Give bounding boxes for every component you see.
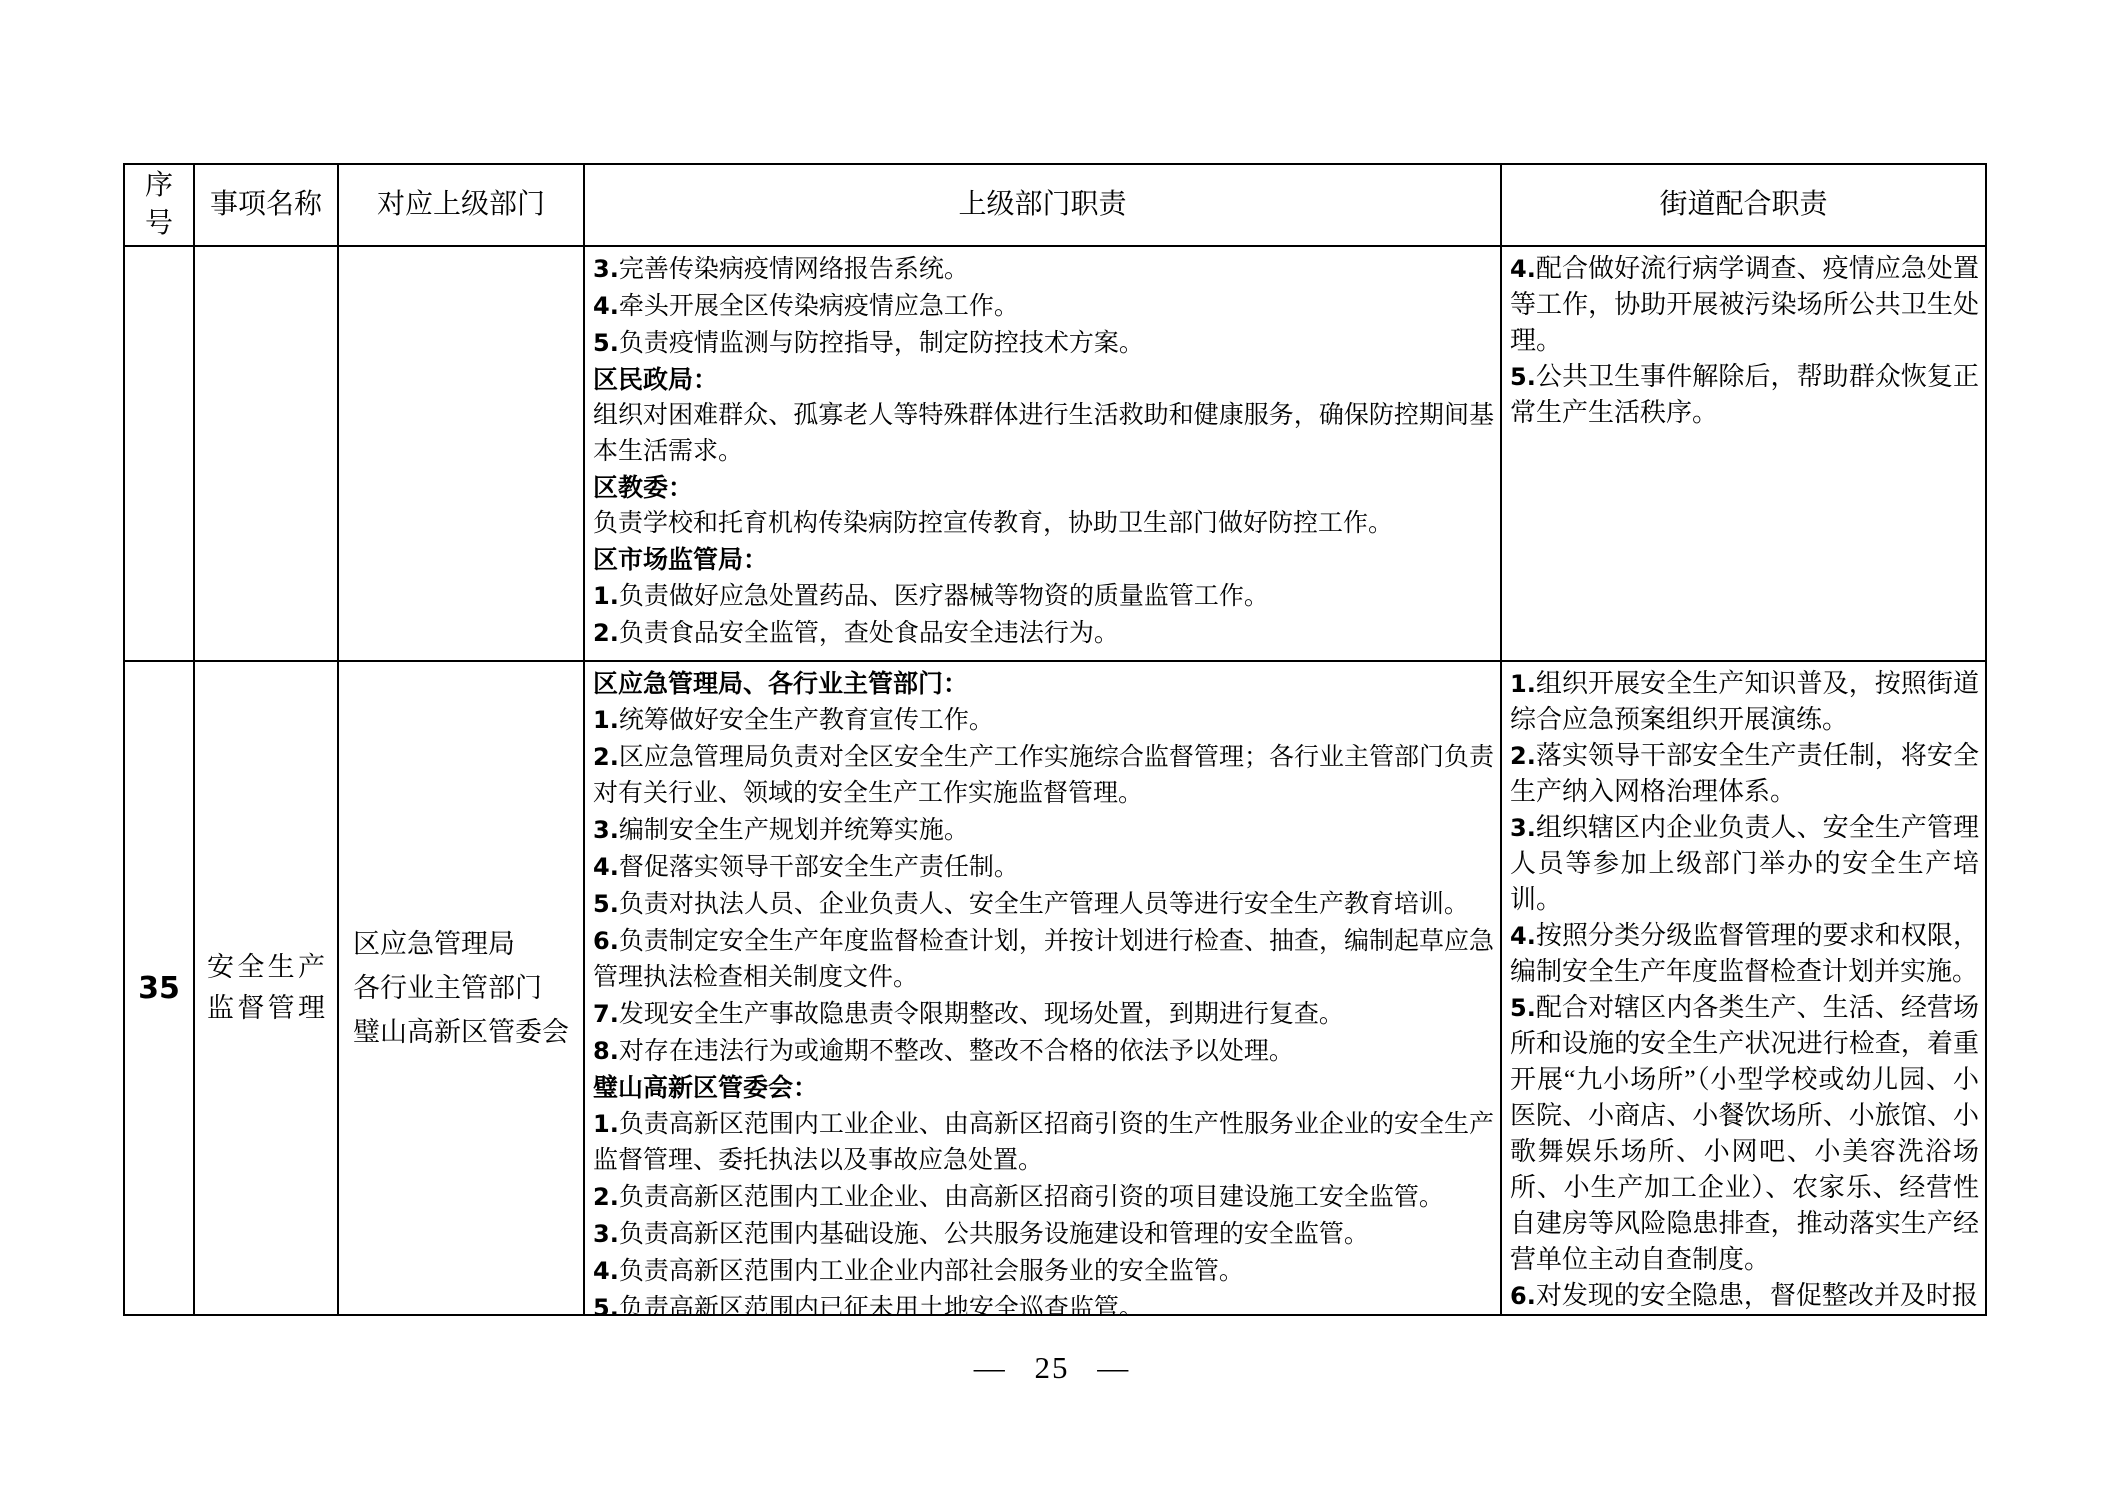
duty-item: 1.统筹做好安全生产教育宣传工作。 [593,702,1494,739]
duty-text: 负责疫情监测与防控指导，制定防控技术方案。 [619,330,1144,357]
duty-number: 2. [593,1183,619,1211]
duty-item: 2.负责食品安全监管，查处食品安全违法行为。 [593,615,1494,652]
duty-number: 5. [1510,994,1536,1022]
header-superior-department: 对应上级部门 [338,164,584,246]
duty-text: 落实领导干部安全生产责任制，将安全生产纳入网格治理体系。 [1510,741,1979,806]
duty-item: 2.落实领导干部安全生产责任制，将安全生产纳入网格治理体系。 [1510,738,1979,810]
duty-number: 8. [593,1037,619,1065]
duty-text: 负责高新区范围内工业企业、由高新区招商引资的生产性服务业企业的安全生产监督管理、… [593,1111,1494,1174]
duty-item: 4.督促落实领导干部安全生产责任制。 [593,849,1494,886]
header-street-duties: 街道配合职责 [1501,164,1986,246]
duty-number: 6. [593,927,619,955]
duty-number: 3. [593,255,619,283]
document-page: 序号 事项名称 对应上级部门 上级部门职责 街道配合职责 3.完善传染病疫情网络… [0,0,2104,1488]
duty-number: 5. [593,890,619,918]
duty-number: 6. [1510,1282,1536,1310]
duty-item: 7.发现安全生产事故隐患责令限期整改、现场处置，到期进行复查。 [593,996,1494,1033]
duty-text: 发现安全生产事故隐患责令限期整改、现场处置，到期进行复查。 [619,1001,1344,1028]
duty-text: 负责高新区范围内工业企业内部社会服务业的安全监管。 [619,1258,1244,1285]
cell-street-duties: 1.组织开展安全生产知识普及，按照街道综合应急预案组织开展演练。 2.落实领导干… [1501,661,1986,1315]
duty-text: 负责高新区范围内基础设施、公共服务设施建设和管理的安全监管。 [619,1221,1369,1248]
department-name: 区应急管理局 [353,922,577,966]
duty-number: 2. [593,743,619,771]
duty-number: 4. [593,1257,619,1285]
duty-text: 区应急管理局负责对全区安全生产工作实施综合监督管理；各行业主管部门负责对有关行业… [593,744,1494,807]
duty-number: 4. [593,292,619,320]
duty-item: 5.公共卫生事件解除后，帮助群众恢复正常生产生活秩序。 [1510,359,1979,431]
table-row-continuation: 3.完善传染病疫情网络报告系统。 4.牵头开展全区传染病疫情应急工作。 5.负责… [124,246,1986,661]
duty-number: 5. [1510,363,1536,391]
duty-number: 3. [593,816,619,844]
duty-text: 督促落实领导干部安全生产责任制。 [619,854,1019,881]
duty-text: 负责高新区范围内已征未用土地安全巡查监管。 [619,1295,1144,1314]
department-heading: 区民政局： [593,362,1494,398]
duty-item: 5.负责高新区范围内已征未用土地安全巡查监管。 [593,1290,1494,1314]
duty-item: 3.编制安全生产规划并统筹实施。 [593,812,1494,849]
duty-number: 1. [593,582,619,610]
duty-item: 4.负责高新区范围内工业企业内部社会服务业的安全监管。 [593,1253,1494,1290]
cell-superior-duties: 3.完善传染病疫情网络报告系统。 4.牵头开展全区传染病疫情应急工作。 5.负责… [584,246,1501,661]
duty-number: 1. [1510,670,1536,698]
duty-text: 配合对辖区内各类生产、生活、经营场所和设施的安全生产状况进行检查，着重开展“九小… [1510,993,1979,1274]
header-seq: 序号 [124,164,194,246]
department-heading: 区教委： [593,470,1494,506]
duty-item: 4.配合做好流行病学调查、疫情应急处置等工作，协助开展被污染场所公共卫生处理。 [1510,251,1979,359]
duty-number: 3. [593,1220,619,1248]
item-name-text: 安全生产监督管理 [207,947,325,1029]
duty-text: 负责制定安全生产年度监督检查计划，并按计划进行检查、抽查，编制起草应急管理执法检… [593,928,1494,991]
duty-item: 2.负责高新区范围内工业企业、由高新区招商引资的项目建设施工安全监管。 [593,1179,1494,1216]
duty-number: 4. [593,853,619,881]
cell-superior-departments: 区应急管理局 各行业主管部门 璧山高新区管委会 [338,661,584,1315]
department-name: 璧山高新区管委会 [353,1010,577,1054]
duty-item: 8.对存在违法行为或逾期不整改、整改不合格的依法予以处理。 [593,1033,1494,1070]
duty-text: 对存在违法行为或逾期不整改、整改不合格的依法予以处理。 [619,1038,1294,1065]
duty-number: 4. [1510,922,1536,950]
duty-item: 1.负责高新区范围内工业企业、由高新区招商引资的生产性服务业企业的安全生产监督管… [593,1106,1494,1179]
duty-text: 组织辖区内企业负责人、安全生产管理人员等参加上级部门举办的安全生产培训。 [1510,813,1979,914]
cell-street-duties: 4.配合做好流行病学调查、疫情应急处置等工作，协助开展被污染场所公共卫生处理。 … [1501,246,1986,661]
responsibilities-table: 序号 事项名称 对应上级部门 上级部门职责 街道配合职责 3.完善传染病疫情网络… [123,163,1987,1316]
duty-number: 7. [593,1000,619,1028]
duty-number: 3. [1510,814,1536,842]
duty-item: 6.对发现的安全隐患，督促整改并及时报 [1510,1278,1979,1314]
cell-superior-departments [338,246,584,661]
superior-duties-text-block: 区应急管理局、各行业主管部门： 1.统筹做好安全生产教育宣传工作。 2.区应急管… [585,662,1500,1314]
page-number: — 25 — [0,1350,2104,1386]
duty-text: 负责学校和托育机构传染病防控宣传教育，协助卫生部门做好防控工作。 [593,506,1494,542]
duty-text: 完善传染病疫情网络报告系统。 [619,256,969,283]
header-row: 序号 事项名称 对应上级部门 上级部门职责 街道配合职责 [124,164,1986,246]
duty-text: 负责高新区范围内工业企业、由高新区招商引资的项目建设施工安全监管。 [619,1184,1444,1211]
duty-text: 对发现的安全隐患，督促整改并及时报 [1536,1281,1978,1310]
cell-item-name: 安全生产监督管理 [194,661,338,1315]
duty-number: 4. [1510,255,1536,283]
duty-item: 1.组织开展安全生产知识普及，按照街道综合应急预案组织开展演练。 [1510,666,1979,738]
street-duties-text-block: 1.组织开展安全生产知识普及，按照街道综合应急预案组织开展演练。 2.落实领导干… [1502,662,1985,1314]
duty-item: 4.牵头开展全区传染病疫情应急工作。 [593,288,1494,325]
department-heading: 区市场监管局： [593,542,1494,578]
duty-text: 配合做好流行病学调查、疫情应急处置等工作，协助开展被污染场所公共卫生处理。 [1510,254,1979,355]
duty-item: 1.负责做好应急处置药品、医疗器械等物资的质量监管工作。 [593,578,1494,615]
duty-text: 负责对执法人员、企业负责人、安全生产管理人员等进行安全生产教育培训。 [619,891,1469,918]
duty-text: 编制安全生产规划并统筹实施。 [619,817,969,844]
street-duties-text-block: 4.配合做好流行病学调查、疫情应急处置等工作，协助开展被污染场所公共卫生处理。 … [1502,247,1985,658]
superior-duties-text-block: 3.完善传染病疫情网络报告系统。 4.牵头开展全区传染病疫情应急工作。 5.负责… [585,247,1500,658]
duty-number: 1. [593,706,619,734]
table-row-35: 35 安全生产监督管理 区应急管理局 各行业主管部门 璧山高新区管委会 区应急管… [124,661,1986,1315]
duty-number: 2. [1510,742,1536,770]
duty-text: 按照分类分级监督管理的要求和权限，编制安全生产年度监督检查计划并实施。 [1510,921,1979,986]
duty-number: 5. [593,329,619,357]
duty-text: 负责做好应急处置药品、医疗器械等物资的质量监管工作。 [619,583,1269,610]
duty-item: 4.按照分类分级监督管理的要求和权限，编制安全生产年度监督检查计划并实施。 [1510,918,1979,990]
header-superior-duties: 上级部门职责 [584,164,1501,246]
duty-item: 5.配合对辖区内各类生产、生活、经营场所和设施的安全生产状况进行检查，着重开展“… [1510,990,1979,1278]
duty-text: 公共卫生事件解除后，帮助群众恢复正常生产生活秩序。 [1510,362,1979,427]
duty-item: 3.组织辖区内企业负责人、安全生产管理人员等参加上级部门举办的安全生产培训。 [1510,810,1979,918]
duty-item: 5.负责对执法人员、企业负责人、安全生产管理人员等进行安全生产教育培训。 [593,886,1494,923]
duty-text: 组织开展安全生产知识普及，按照街道综合应急预案组织开展演练。 [1510,669,1979,734]
cell-seq: 35 [124,661,194,1315]
duty-number: 1. [593,1110,619,1138]
department-heading: 区应急管理局、各行业主管部门： [593,666,1494,702]
duty-item: 6.负责制定安全生产年度监督检查计划，并按计划进行检查、抽查，编制起草应急管理执… [593,923,1494,996]
duty-text: 负责食品安全监管，查处食品安全违法行为。 [619,620,1119,647]
header-item-name: 事项名称 [194,164,338,246]
duty-item: 2.区应急管理局负责对全区安全生产工作实施综合监督管理；各行业主管部门负责对有关… [593,739,1494,812]
duty-number: 5. [593,1294,619,1314]
duty-number: 2. [593,619,619,647]
cell-superior-duties: 区应急管理局、各行业主管部门： 1.统筹做好安全生产教育宣传工作。 2.区应急管… [584,661,1501,1315]
duty-text: 牵头开展全区传染病疫情应急工作。 [619,293,1019,320]
duty-text: 统筹做好安全生产教育宣传工作。 [619,707,994,734]
duty-item: 3.完善传染病疫情网络报告系统。 [593,251,1494,288]
duty-item: 5.负责疫情监测与防控指导，制定防控技术方案。 [593,325,1494,362]
cell-item-name [194,246,338,661]
duty-item: 3.负责高新区范围内基础设施、公共服务设施建设和管理的安全监管。 [593,1216,1494,1253]
cell-seq [124,246,194,661]
department-heading: 璧山高新区管委会： [593,1070,1494,1106]
department-name: 各行业主管部门 [353,966,577,1010]
duty-text: 组织对困难群众、孤寡老人等特殊群体进行生活救助和健康服务，确保防控期间基本生活需… [593,398,1494,470]
